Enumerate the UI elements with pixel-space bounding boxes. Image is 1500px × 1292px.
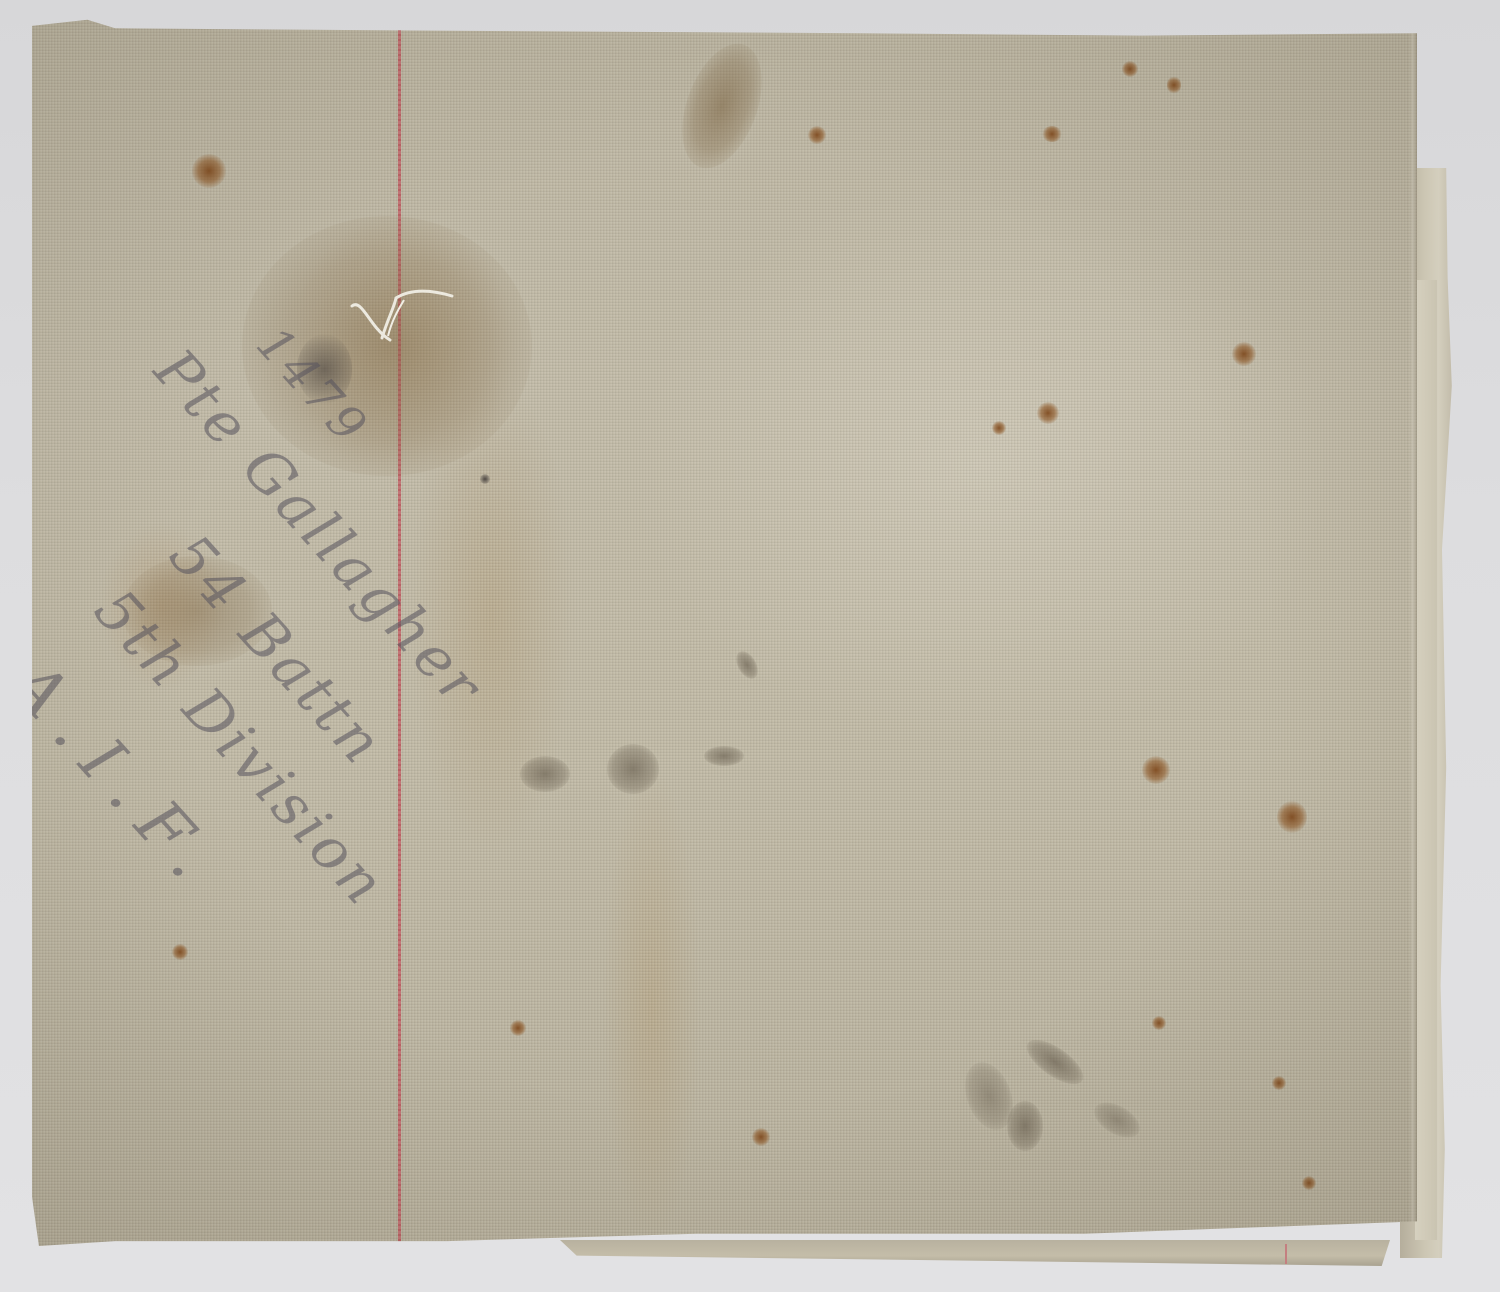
- pencil-inscription-line-5: A.I.F.: [0, 646, 239, 906]
- ink-blot: [297, 334, 352, 404]
- water-stain: [122, 556, 272, 666]
- folded-cloth-right-edge: [1415, 280, 1437, 1240]
- rust-spot: [192, 154, 226, 188]
- rust-spot: [1037, 402, 1059, 424]
- rust-spot: [1122, 61, 1138, 77]
- rust-spot: [510, 1020, 526, 1036]
- smudge: [732, 648, 763, 683]
- photograph: 1479 Pte Gallagher 54 Battn 5th Division…: [0, 0, 1500, 1292]
- rust-spot: [752, 1128, 770, 1146]
- smudge: [956, 1056, 1021, 1137]
- pencil-inscription-line-2: Pte Gallagher: [141, 336, 497, 721]
- rust-spot: [1277, 801, 1307, 833]
- rust-spot: [1167, 76, 1181, 94]
- water-stain: [667, 33, 777, 179]
- smudge: [1007, 1101, 1043, 1151]
- rust-spot: [1042, 126, 1062, 142]
- smudge: [1020, 1032, 1090, 1093]
- water-stain: [242, 216, 532, 476]
- ink-speck: [480, 474, 490, 484]
- rust-spot: [172, 944, 188, 960]
- loose-thread: [342, 278, 472, 358]
- smudge: [607, 744, 659, 794]
- fabric-weave-texture: [32, 16, 1417, 1246]
- lower-layer-red-stripe: [1285, 1244, 1287, 1264]
- rust-spot: [1272, 1076, 1286, 1090]
- pencil-inscription-line-1: 1479: [245, 316, 379, 456]
- red-woven-stripe: [398, 16, 401, 1246]
- smudge: [520, 756, 570, 792]
- folded-cloth-lower-layer: [560, 1240, 1390, 1266]
- pencil-inscription-line-3: 54 Battn: [156, 521, 398, 779]
- rust-spot: [1302, 1176, 1316, 1190]
- cloth-main-panel: 1479 Pte Gallagher 54 Battn 5th Division…: [32, 16, 1417, 1246]
- rust-spot: [1152, 1016, 1166, 1030]
- rust-spot: [808, 126, 826, 144]
- rust-spot: [1142, 756, 1170, 784]
- rust-spot: [1232, 342, 1256, 366]
- rust-spot: [992, 421, 1006, 435]
- smudge: [704, 746, 744, 766]
- smudge: [1088, 1095, 1145, 1144]
- pencil-inscription-line-4: 5th Division: [81, 576, 400, 919]
- hemmed-edge: [1409, 16, 1417, 1246]
- photo-vignette: [32, 16, 1417, 1246]
